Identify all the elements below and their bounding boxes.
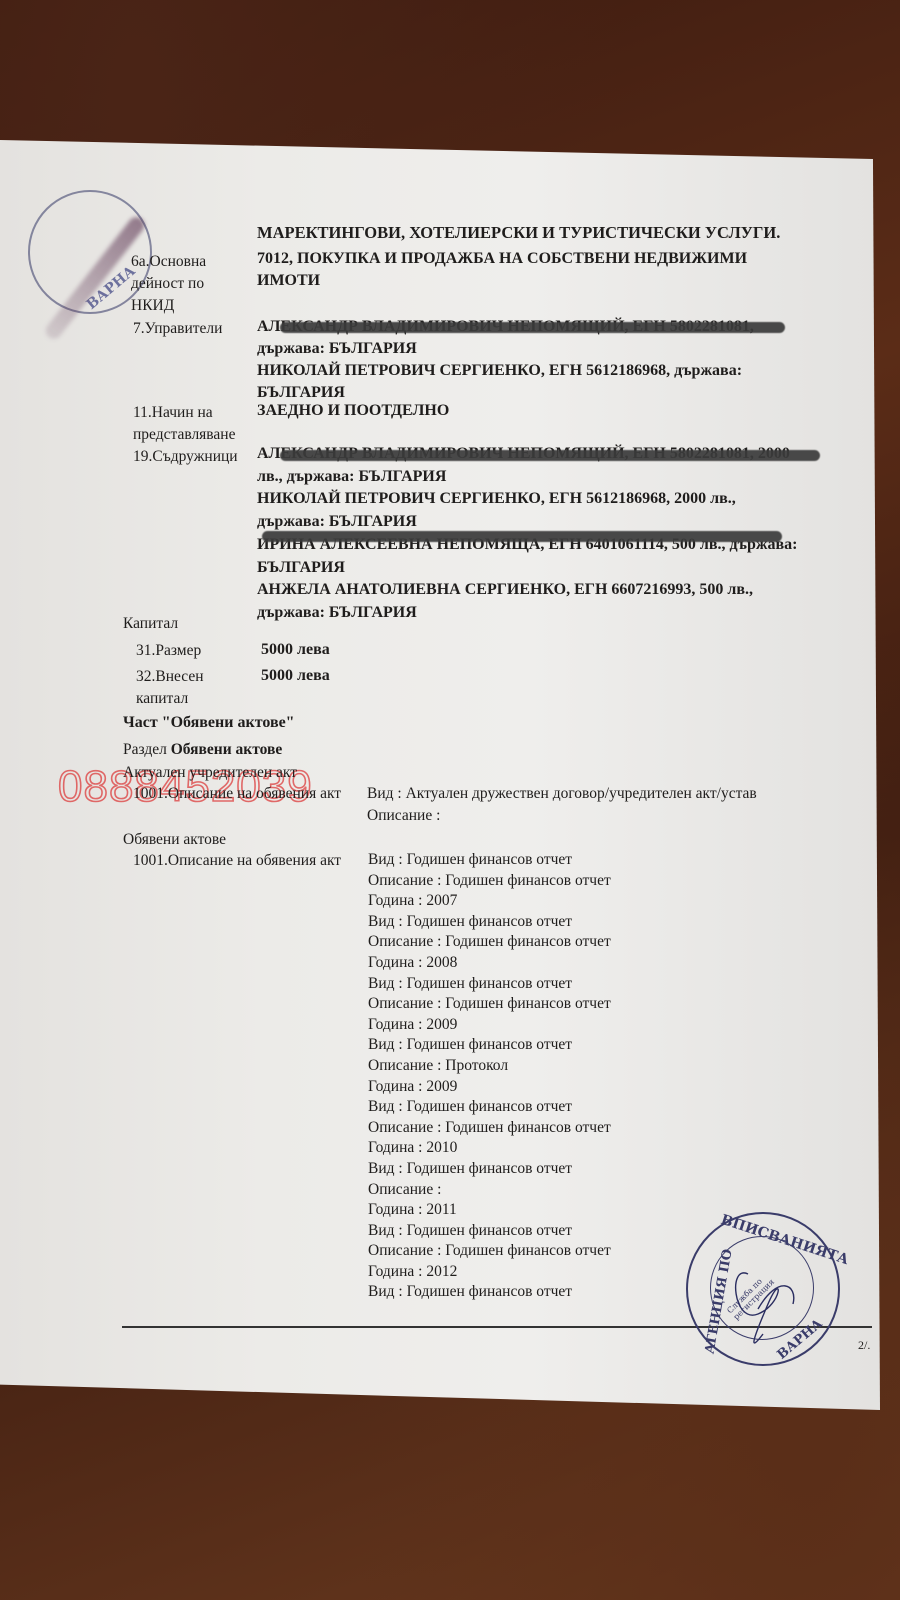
declared-acts-label: 1001.Описание на обявения акт [133,850,341,872]
current-act-heading: Актуален учредителен акт [123,762,297,784]
act-line: Година : 2008 [368,953,611,974]
current-act-details: Вид : Актуален дружествен договор/учреди… [367,783,757,827]
act-line: Вид : Годишен финансов отчет [368,1035,611,1056]
redaction-mark [280,450,820,461]
act-line: Описание : Годишен финансов отчет [368,871,611,892]
current-act-label: 1001.Описание на обявения акт [133,783,341,805]
act-line: Вид : Годишен финансов отчет [368,850,611,871]
act-line: Година : 2011 [368,1200,611,1221]
act-line: Вид : Годишен финансов отчет [368,1097,611,1118]
signature-icon [688,1214,838,1364]
field-label-activity: 6а.Основна дейност по НКИД [131,251,206,317]
field-label-managers: 7.Управители [133,318,222,340]
part-heading: Част "Обявени актове" [123,712,295,734]
field-label-representation: 11.Начин на представляване [133,402,235,446]
field-label-partners: 19.Съдружници [133,446,238,468]
declared-acts-list: Вид : Годишен финансов отчет Описание : … [368,850,611,1303]
act-line: Година : 2007 [368,891,611,912]
section-heading: Раздел Обявени актове [123,739,282,761]
redaction-mark [262,531,782,542]
activity-continued: МАРЕКТИНГОВИ, ХОТЕЛИЕРСКИ И ТУРИСТИЧЕСКИ… [257,222,780,244]
act-line: Година : 2009 [368,1015,611,1036]
act-line: Вид : Годишен финансов отчет [368,1159,611,1180]
capital-paid-label: 32.Внесен капитал [136,666,204,710]
field-value-activity: 7012, ПОКУПКА И ПРОДАЖБА НА СОБСТВЕНИ НЕ… [257,248,747,292]
act-line: Вид : Годишен финансов отчет [368,1282,611,1303]
page-number: 2/. [858,1338,870,1353]
field-value-representation: ЗАЕДНО И ПООТДЕЛНО [257,400,449,422]
act-line: Описание : Годишен финансов отчет [368,994,611,1015]
act-line: Описание : Годишен финансов отчет [368,1118,611,1139]
act-line: Описание : Годишен финансов отчет [368,932,611,953]
act-line: Вид : Годишен финансов отчет [368,912,611,933]
act-line: Описание : Годишен финансов отчет [368,1241,611,1262]
act-line: Година : 2010 [368,1138,611,1159]
capital-paid-value: 5000 лева [261,665,330,687]
act-line: Вид : Годишен финансов отчет [368,1221,611,1242]
act-line: Година : 2009 [368,1077,611,1098]
act-line: Описание : Протокол [368,1056,611,1077]
act-line: Вид : Годишен финансов отчет [368,974,611,995]
redaction-mark [280,322,785,333]
capital-size-value: 5000 лева [261,639,330,661]
capital-heading: Капитал [123,613,178,635]
act-line: Година : 2012 [368,1262,611,1283]
capital-size-label: 31.Размер [136,640,201,662]
act-line: Описание : [368,1180,611,1201]
official-stamp-agency: ВПИСВАНИЯТА АГЕНЦИЯ ПО ВАРНА Служба по р… [686,1212,840,1366]
declared-acts-heading: Обявени актове [123,829,226,851]
